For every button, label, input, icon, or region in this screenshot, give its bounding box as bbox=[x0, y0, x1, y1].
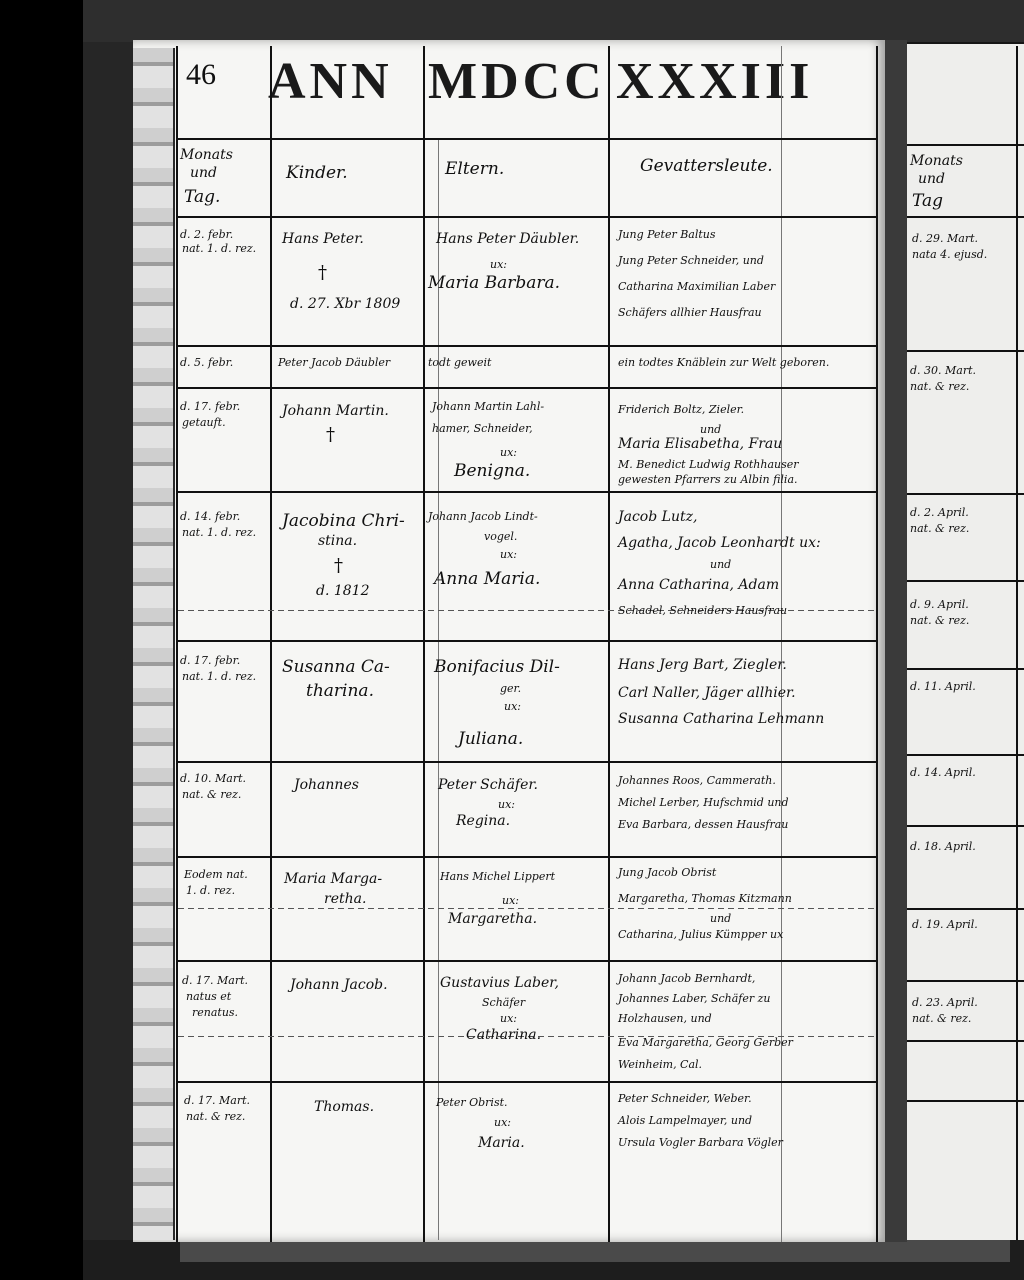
next-page-date: d. 11. April. bbox=[910, 680, 976, 693]
next-page-row-line bbox=[907, 1040, 1024, 1042]
next-page-row-line bbox=[907, 668, 1024, 670]
next-page-date: d. 29. Mart. bbox=[912, 232, 978, 245]
grid-line-godparents-inner bbox=[781, 46, 782, 1242]
header-top-line bbox=[176, 138, 878, 140]
column-header-godparents: Gevattersleute. bbox=[640, 155, 773, 177]
next-page-row-line bbox=[907, 493, 1024, 495]
year-heading-xxxiii: XXXIII bbox=[616, 52, 813, 111]
next-page-row-line bbox=[907, 580, 1024, 582]
row-line-8 bbox=[176, 1081, 878, 1083]
row-line-7 bbox=[176, 960, 878, 962]
row-line-5 bbox=[176, 761, 878, 763]
grid-line-child-parents bbox=[423, 46, 425, 1242]
next-page-date: d. 14. April. bbox=[910, 766, 976, 779]
next-page-row-line bbox=[907, 1100, 1024, 1102]
next-page-date: d. 2. April. bbox=[910, 506, 969, 519]
grid-line-parents-godparents bbox=[608, 46, 610, 1242]
row-line-4 bbox=[176, 640, 878, 642]
next-page-date: d. 19. April. bbox=[912, 918, 978, 931]
death-cross-icon: † bbox=[326, 424, 335, 445]
next-page-date: nata 4. ejusd. bbox=[912, 248, 987, 261]
grid-line-left bbox=[176, 46, 178, 1242]
year-heading-anno: ANN bbox=[268, 52, 393, 111]
year-heading-mdcc: MDCC bbox=[428, 52, 606, 111]
next-page-header-bottom-line bbox=[907, 216, 1024, 218]
next-page-row-line bbox=[907, 908, 1024, 910]
next-page-grid-line bbox=[1016, 46, 1018, 1240]
next-page-date: nat. & rez. bbox=[910, 522, 969, 535]
row-guide-line bbox=[178, 908, 876, 909]
next-page-header-top-line bbox=[907, 144, 1024, 146]
next-page-date: d. 18. April. bbox=[910, 840, 976, 853]
header-bottom-line bbox=[176, 216, 878, 218]
page-number: 46 bbox=[186, 58, 216, 92]
grid-line-parents-inner bbox=[438, 140, 439, 1240]
row-line-1 bbox=[176, 345, 878, 347]
book-gutter bbox=[885, 40, 907, 1242]
next-page-date: nat. & rez. bbox=[910, 380, 969, 393]
grid-line-date-child bbox=[270, 46, 272, 1242]
row-line-3 bbox=[176, 491, 878, 493]
page-binding-edge bbox=[133, 48, 175, 1240]
row-line-2 bbox=[176, 387, 878, 389]
scan-gray-margin bbox=[83, 0, 133, 1280]
next-page-date: d. 23. April. bbox=[912, 996, 978, 1009]
register-page-right bbox=[907, 44, 1024, 1240]
next-page-date: d. 30. Mart. bbox=[910, 364, 976, 377]
death-cross-icon: † bbox=[334, 555, 343, 576]
grid-line-right bbox=[876, 46, 878, 1242]
top-shadow bbox=[83, 0, 1024, 42]
scan-black-margin bbox=[0, 0, 83, 1280]
next-page-date: nat. & rez. bbox=[912, 1012, 971, 1025]
next-page-row-line bbox=[907, 350, 1024, 352]
death-cross-icon: † bbox=[318, 262, 327, 283]
column-header-parents: Eltern. bbox=[445, 158, 504, 180]
row-line-6 bbox=[176, 856, 878, 858]
column-header-children: Kinder. bbox=[286, 162, 348, 184]
next-page-date: nat. & rez. bbox=[910, 614, 969, 627]
next-page-row-line bbox=[907, 825, 1024, 827]
next-page-row-line bbox=[907, 754, 1024, 756]
next-page-row-line bbox=[907, 980, 1024, 982]
next-page-date: d. 9. April. bbox=[910, 598, 969, 611]
book-bottom-edge bbox=[180, 1240, 1010, 1262]
